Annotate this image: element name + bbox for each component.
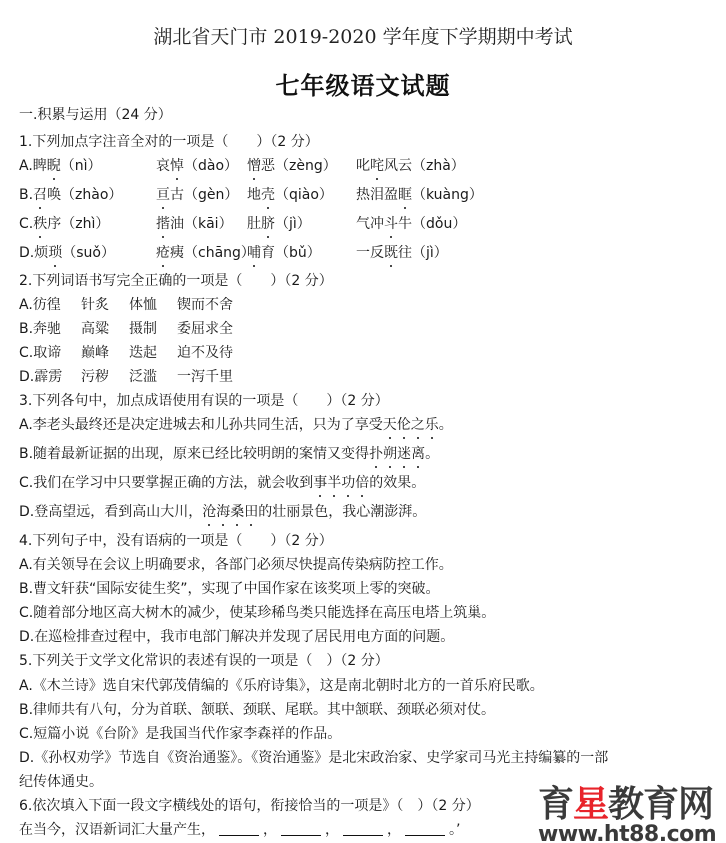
question-2-stem: 2.下列词语书写完全正确的一项是（ ）（2 分） [19,272,333,290]
watermark-star-char: 星 [573,784,608,825]
pinyin-item: D.烦琐（suǒ） [19,244,115,262]
separator: ， [325,822,339,838]
question-5-option-d-cont: 纪传体通史。 [19,773,103,791]
question-6-passage: 在当今，汉语新词汇大量产生，，，，。’ [19,821,460,839]
question-5-stem: 5.下列关于文学文化常识的表述有误的一项是（ ）（2 分） [19,652,389,670]
word-item: 一泻千里 [177,368,233,386]
question-3-stem: 3.下列各句中，加点成语使用有误的一项是（ ）（2 分） [19,392,389,410]
pinyin-item: 肚脐（jì） [247,215,311,233]
pinyin-item: B.召唤（zhào） [19,186,122,204]
question-4-stem: 4.下列句子中，没有语病的一项是（ ）（2 分） [19,532,333,550]
word-item: 巅峰 [81,344,109,362]
watermark-logo: 育星教育网 www.ht88.com [538,785,726,843]
word-item: 迫不及待 [177,344,233,362]
pinyin-item: 一反既往（jì） [356,244,448,262]
question-5-option-a: A.《木兰诗》选自宋代郭茂倩编的《乐府诗集》，这是南北朝时北方的一首乐府民歌。 [19,677,544,695]
word-item: 针炙 [81,296,109,314]
pinyin-item: 哀悼（dào） [156,157,238,175]
question-3-option-b: B.随着最新证据的出现，原来已经比较明朗的案情又变得扑朔迷离。 [19,445,439,463]
exam-page: 湖北省天门市 2019-2020 学年度下学期期中考试 七年级语文试题 一.积累… [0,0,726,843]
fill-blank-2[interactable] [281,821,321,836]
fill-blank-4[interactable] [405,821,445,836]
pinyin-item: 地壳（qiào） [247,186,333,204]
watermark-brand: 育星教育网 [538,785,726,825]
watermark-url: www.ht88.com [538,825,726,843]
word-item: 委屈求全 [177,320,233,338]
section-heading: 一.积累与运用（24 分） [19,106,172,124]
word-item: 体恤 [129,296,157,314]
question-3-option-c: C.我们在学习中只要掌握正确的方法，就会收到事半功倍的效果。 [19,474,425,492]
word-item: C.取谛 [19,344,61,362]
exam-header-title: 湖北省天门市 2019-2020 学年度下学期期中考试 [0,22,726,49]
pinyin-item: 憎恶（zèng） [247,157,337,175]
word-item: A.彷徨 [19,296,61,314]
pinyin-item: 哺育（bǔ） [247,244,321,262]
question-3-option-a: A.李老头最终还是决定进城去和儿孙共同生活，只为了享受天伦之乐。 [19,416,453,434]
word-item: 迭起 [129,344,157,362]
question-5-option-b: B.律师共有八句，分为首联、颔联、颈联、尾联。其中颔联、颈联必须对仗。 [19,701,495,719]
pinyin-item: 气冲斗牛（dǒu） [356,215,466,233]
question-6-stem: 6.依次填入下面一段文字横线处的语句，衔接恰当的一项是》（ ）（2 分） [19,797,480,815]
pinyin-item: 亘古（gèn） [156,186,238,204]
question-4-option-a: A.有关领导在会议上明确要求，各部门必须尽快提高传染病防控工作。 [19,556,453,574]
question-4-option-b: B.曹文轩获“国际安徒生奖”，实现了中国作家在该奖项上零的突破。 [19,580,440,598]
pinyin-item: C.秩序（zhì） [19,215,109,233]
question-5-option-c: C.短篇小说《台阶》是我国当代作家李森祥的作品。 [19,725,341,743]
passage-end: 。’ [449,822,460,838]
fill-blank-1[interactable] [219,821,259,836]
exam-subtitle: 七年级语文试题 [0,66,726,101]
question-4-option-c: C.随着部分地区高大树木的减少，使某珍稀鸟类只能选择在高压电塔上筑巢。 [19,604,495,622]
word-item: 污秽 [81,368,109,386]
pinyin-item: A.睥睨（nì） [19,157,102,175]
pinyin-item: 叱咤风云（zhà） [356,157,465,175]
watermark-char: 育 [538,784,573,825]
word-item: 摄制 [129,320,157,338]
watermark-chars: 教育网 [608,784,713,825]
pinyin-item: 揩油（kāi） [156,215,233,233]
question-5-option-d: D.《孙权劝学》节选自《资治通鉴》。《资治通鉴》是北宋政治家、史学家司马光主持编… [19,749,608,767]
separator: ， [387,822,401,838]
fill-blank-3[interactable] [343,821,383,836]
word-item: D.霹雳 [19,368,62,386]
pinyin-item: 热泪盈眶（kuàng） [356,186,483,204]
separator: ， [263,822,277,838]
word-item: B.奔驰 [19,320,61,338]
word-item: 锲而不舍 [177,296,233,314]
word-item: 高粱 [81,320,109,338]
passage-start: 在当今，汉语新词汇大量产生， [19,822,215,838]
question-1-stem: 1.下列加点字注音全对的一项是（ ）（2 分） [19,133,319,151]
question-4-option-d: D.在巡检排查过程中，我市电部门解决并发现了居民用电方面的问题。 [19,628,454,646]
pinyin-item: 疮痍（chāng） [156,244,255,262]
word-item: 泛滥 [129,368,157,386]
question-3-option-d: D.登高望远，看到高山大川，沧海桑田的壮丽景色，我心潮澎湃。 [19,503,426,521]
